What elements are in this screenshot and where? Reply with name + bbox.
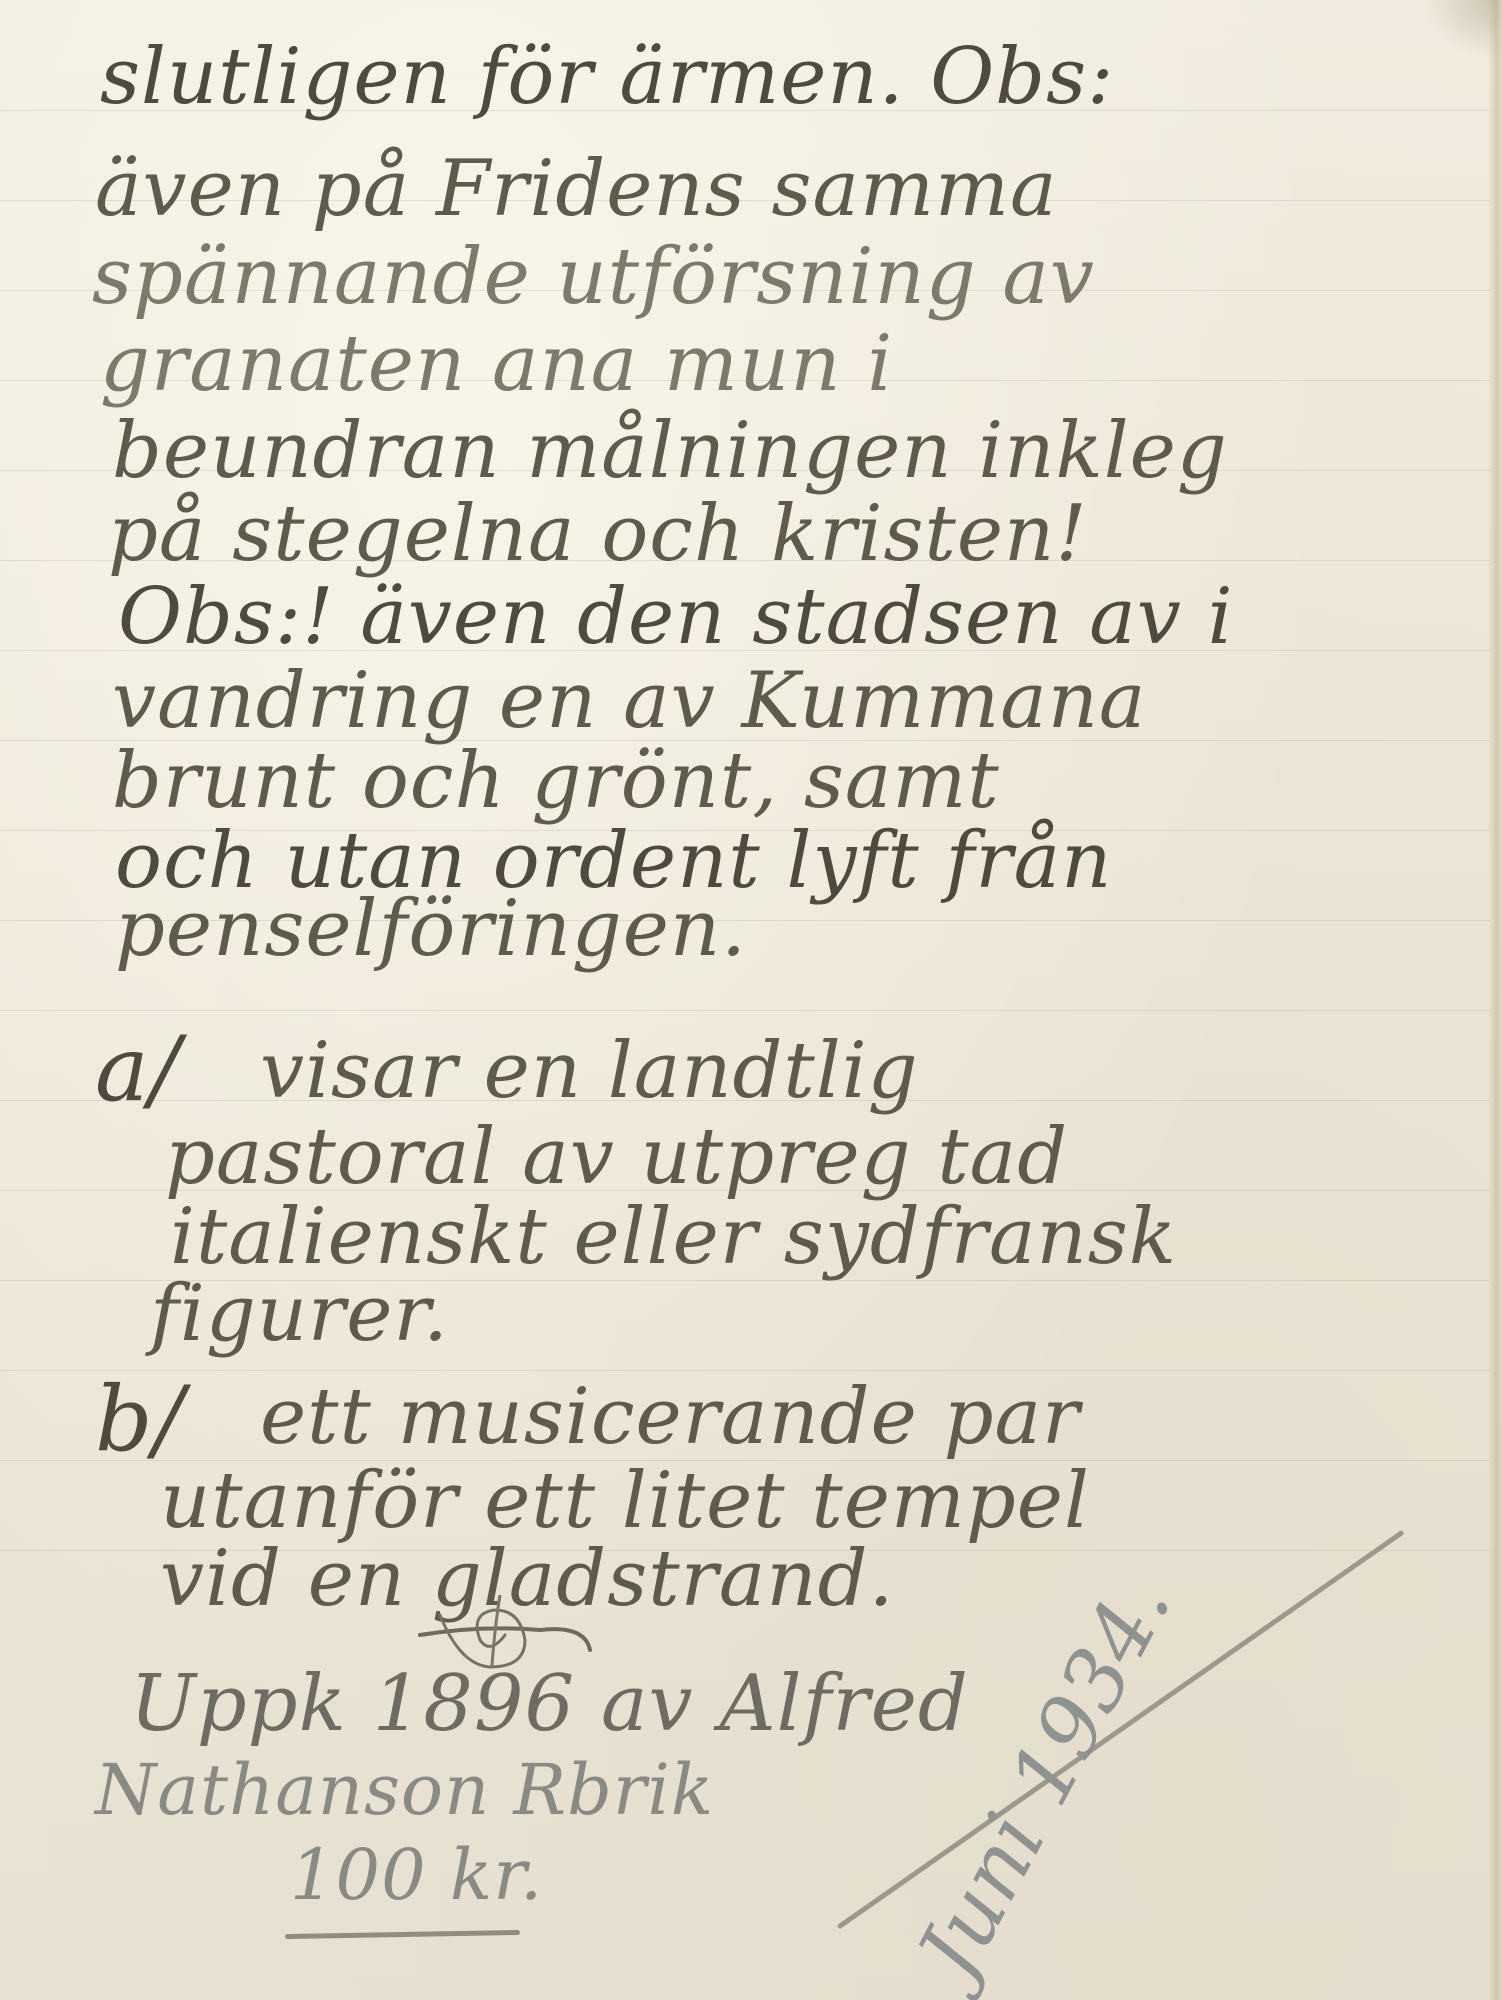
handwritten-line: utanför ett litet tempel bbox=[160, 1462, 1090, 1540]
handwritten-line: slutligen för ärmen. Obs: bbox=[100, 38, 1114, 116]
manuscript-page: slutligen för ärmen. Obs: även på Friden… bbox=[0, 0, 1502, 2000]
handwritten-line: beundran målningen inkleg bbox=[112, 412, 1228, 490]
ruled-line bbox=[0, 1370, 1490, 1371]
provenance-line: Uppk 1896 av Alfred bbox=[130, 1665, 969, 1743]
handwritten-line: Obs:! även den stadsen av i bbox=[118, 578, 1234, 656]
list-marker-a: a/ bbox=[95, 1025, 181, 1115]
handwritten-line: visar en landtlig bbox=[260, 1032, 919, 1110]
handwritten-line: ett musicerande par bbox=[260, 1378, 1080, 1456]
handwritten-line: på stegelna och kristen! bbox=[108, 495, 1088, 573]
page-edge bbox=[1488, 0, 1502, 2000]
handwritten-line: även på Fridens samma bbox=[95, 150, 1057, 228]
date-annotation: Juni 1934. bbox=[898, 1562, 1189, 1993]
handwritten-line: vandring en av Kummana bbox=[112, 662, 1146, 740]
handwritten-line: pastoral av utpreg tad bbox=[165, 1118, 1068, 1196]
handwritten-line: penselföringen. bbox=[115, 890, 747, 968]
handwritten-line: spännande utförsning av bbox=[92, 238, 1095, 316]
handwritten-line: figurer. bbox=[150, 1275, 449, 1353]
handwritten-line: granaten ana mun i bbox=[100, 325, 893, 403]
underline-stroke bbox=[285, 1930, 520, 1939]
list-marker-b: b/ bbox=[95, 1375, 185, 1465]
handwritten-line: brunt och grönt, samt bbox=[112, 742, 1000, 820]
ruled-line bbox=[0, 1010, 1490, 1011]
handwritten-line: italienskt eller sydfransk bbox=[170, 1198, 1177, 1276]
provenance-line: Nathanson Rbrik bbox=[95, 1755, 714, 1825]
provenance-price: 100 kr. bbox=[290, 1840, 543, 1910]
